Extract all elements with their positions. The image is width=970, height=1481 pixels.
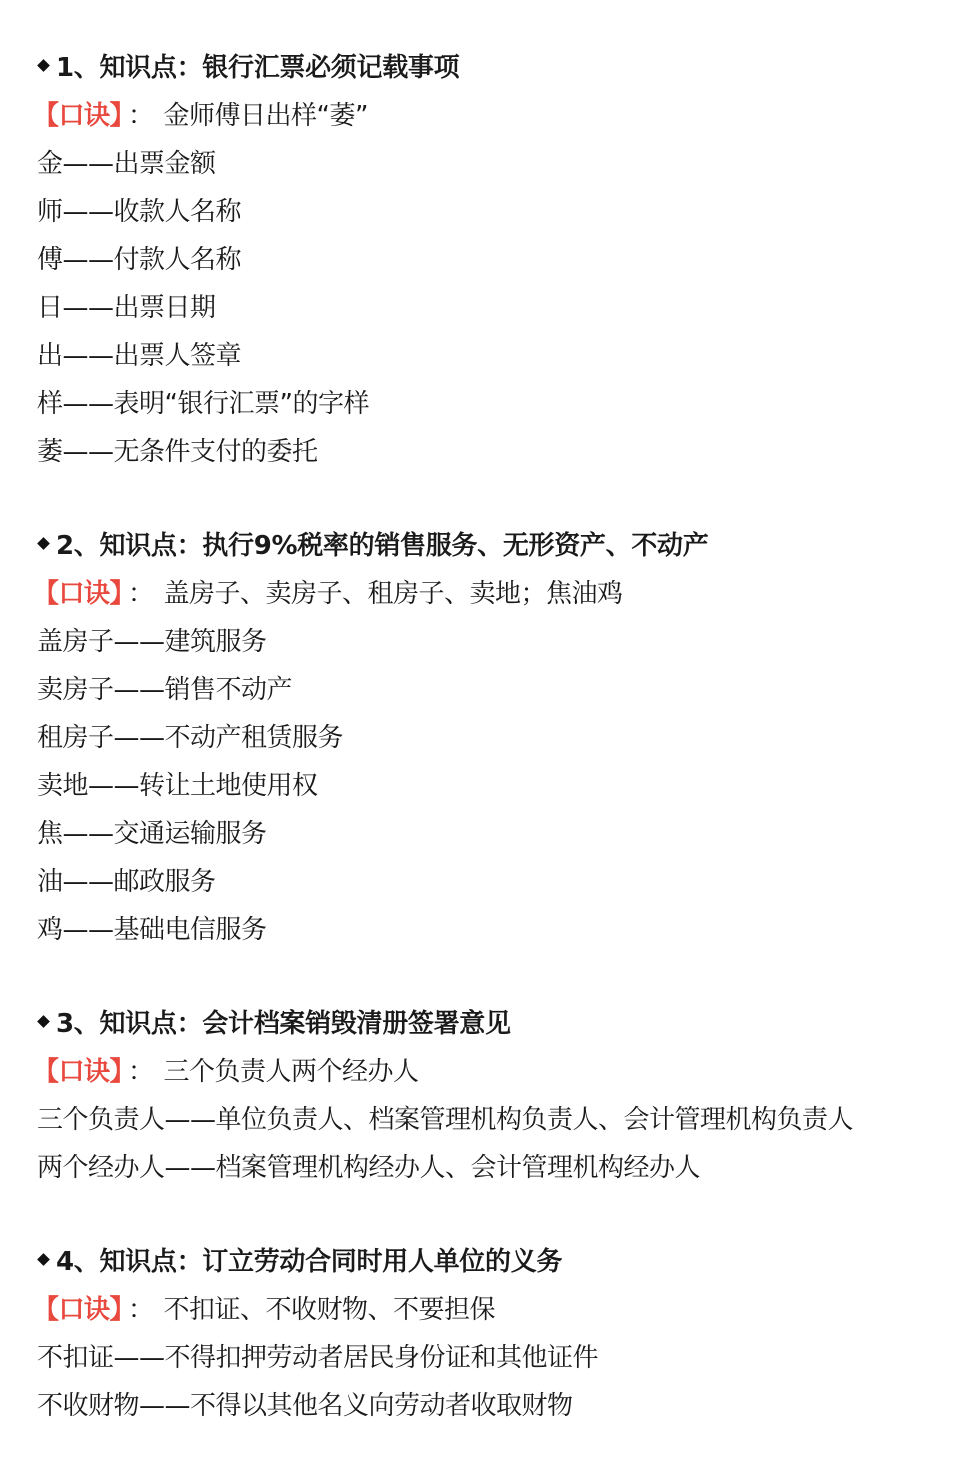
- section-4: 4、知识点：订立劳动合同时用人单位的义务 【口诀】：不扣证、不收财物、不要担保 …: [37, 1238, 957, 1430]
- list-item: 不收财物——不得以其他名义向劳动者收取财物: [37, 1382, 957, 1430]
- section-2: 2、知识点：执行9%税率的销售服务、无形资产、不动产 【口诀】：盖房子、卖房子、…: [37, 522, 957, 954]
- colon: ：: [128, 1295, 154, 1325]
- section-title-text: 2、知识点：执行9%税率的销售服务、无形资产、不动产: [56, 531, 708, 561]
- section-title-text: 3、知识点：会计档案销毁清册签署意见: [56, 1009, 511, 1039]
- list-item: 日——出票日期: [37, 284, 957, 332]
- mnemonic-line: 【口诀】：盖房子、卖房子、租房子、卖地；焦油鸡: [37, 570, 957, 618]
- mnemonic-label: 【口诀】: [33, 1295, 122, 1325]
- diamond-bullet-icon: [37, 1015, 50, 1028]
- list-item: 不扣证——不得扣押劳动者居民身份证和其他证件: [37, 1334, 957, 1382]
- section-title-text: 1、知识点：银行汇票必须记载事项: [56, 53, 459, 83]
- mnemonic-line: 【口诀】：三个负责人两个经办人: [37, 1048, 957, 1096]
- section-title: 3、知识点：会计档案销毁清册签署意见: [37, 1000, 957, 1048]
- mnemonic-line: 【口诀】：不扣证、不收财物、不要担保: [37, 1286, 957, 1334]
- diamond-bullet-icon: [37, 59, 50, 72]
- list-item: 盖房子——建筑服务: [37, 618, 957, 666]
- list-item: 油——邮政服务: [37, 858, 957, 906]
- list-item: 租房子——不动产租赁服务: [37, 714, 957, 762]
- section-1: 1、知识点：银行汇票必须记载事项 【口诀】：金师傅日出样“萎” 金——出票金额 …: [37, 44, 957, 476]
- list-item: 样——表明“银行汇票”的字样: [37, 380, 957, 428]
- mnemonic-line: 【口诀】：金师傅日出样“萎”: [37, 92, 957, 140]
- mnemonic-text: 盖房子、卖房子、租房子、卖地；焦油鸡: [164, 579, 623, 609]
- list-item: 三个负责人——单位负责人、档案管理机构负责人、会计管理机构负责人: [37, 1096, 957, 1144]
- diamond-bullet-icon: [37, 537, 50, 550]
- section-title: 2、知识点：执行9%税率的销售服务、无形资产、不动产: [37, 522, 957, 570]
- mnemonic-text: 三个负责人两个经办人: [164, 1057, 419, 1087]
- section-title: 1、知识点：银行汇票必须记载事项: [37, 44, 957, 92]
- mnemonic-text: 不扣证、不收财物、不要担保: [164, 1295, 496, 1325]
- list-item: 卖房子——销售不动产: [37, 666, 957, 714]
- section-3: 3、知识点：会计档案销毁清册签署意见 【口诀】：三个负责人两个经办人 三个负责人…: [37, 1000, 957, 1192]
- colon: ：: [128, 579, 154, 609]
- section-title-text: 4、知识点：订立劳动合同时用人单位的义务: [56, 1247, 562, 1277]
- list-item: 焦——交通运输服务: [37, 810, 957, 858]
- list-item: 鸡——基础电信服务: [37, 906, 957, 954]
- mnemonic-text: 金师傅日出样“萎”: [164, 101, 368, 131]
- mnemonic-label: 【口诀】: [33, 101, 122, 131]
- colon: ：: [128, 1057, 154, 1087]
- list-item: 两个经办人——档案管理机构经办人、会计管理机构经办人: [37, 1144, 957, 1192]
- list-item: 师——收款人名称: [37, 188, 957, 236]
- list-item: 傅——付款人名称: [37, 236, 957, 284]
- list-item: 出——出票人签章: [37, 332, 957, 380]
- list-item: 卖地——转让土地使用权: [37, 762, 957, 810]
- diamond-bullet-icon: [37, 1253, 50, 1266]
- section-title: 4、知识点：订立劳动合同时用人单位的义务: [37, 1238, 957, 1286]
- colon: ：: [128, 101, 154, 131]
- list-item: 萎——无条件支付的委托: [37, 428, 957, 476]
- mnemonic-label: 【口诀】: [33, 1057, 122, 1087]
- list-item: 金——出票金额: [37, 140, 957, 188]
- mnemonic-label: 【口诀】: [33, 579, 122, 609]
